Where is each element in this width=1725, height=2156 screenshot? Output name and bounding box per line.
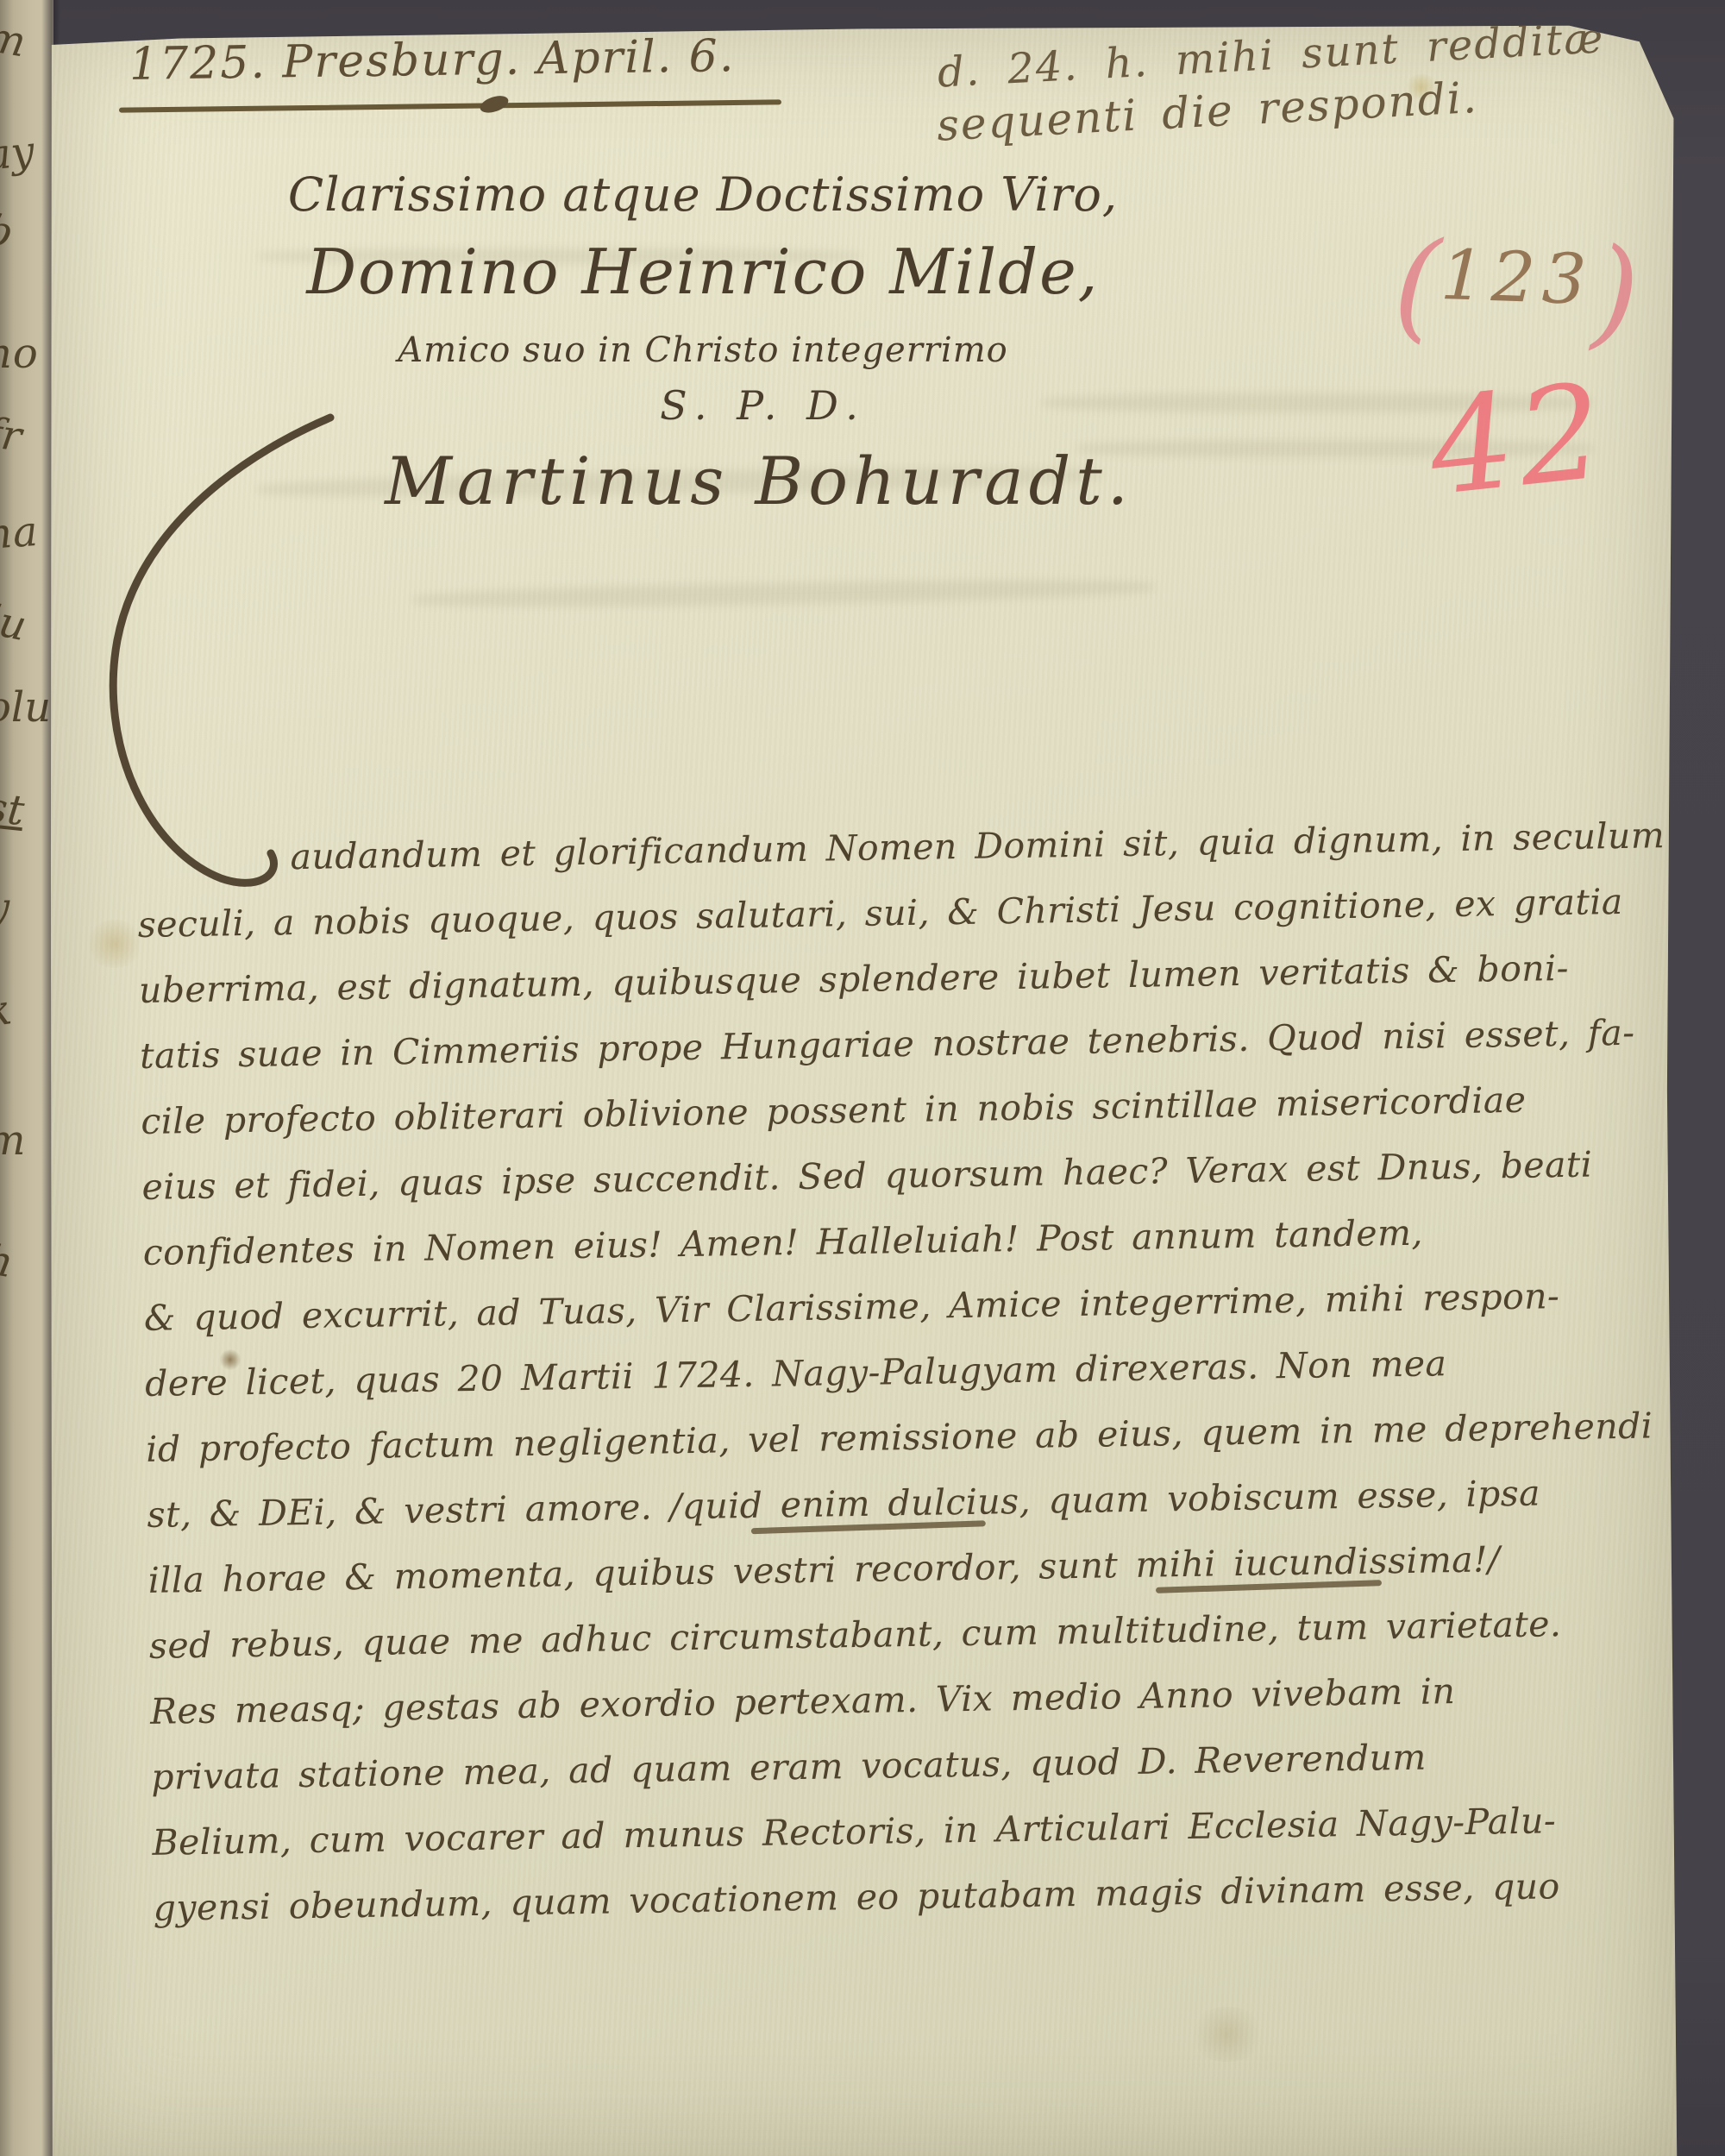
edge-text-fragment: lu [0,595,31,651]
edge-text-fragment: fr [0,408,24,461]
salutation-line2-recipient: Domino Heinrico Milde, [147,236,1259,308]
archive-number: 42 [1424,366,1614,515]
salutation-sender: Martinus Bohuradt. [259,443,1259,519]
date-line: 1725. Presburg. April. 6. [129,30,736,91]
flourish-stroke [113,418,330,883]
paper-stain [1189,2007,1266,2062]
letter-body: audandum et glorificandum Nomen Domini s… [136,802,1715,1941]
edge-text-fragment: ay [0,127,37,180]
edge-text-fragment: m [0,12,29,66]
paper-stain [85,920,145,968]
edge-text-fragment: h [0,1235,17,1288]
folio-number: ( 123 ) [1392,225,1641,353]
salutation-line3: Amico suo in Christo integerrimo [147,330,1259,370]
edge-text-fragment: y [0,883,9,932]
edge-text-fragment: b [0,204,18,258]
folio-digits: 123 [1440,234,1595,319]
edge-text-fragment: k [0,985,15,1037]
salutation-line1: Clarissimo atque Doctissimo Viro, [147,167,1259,222]
salutation-spd: S. P. D. [267,382,1259,429]
edge-text-fragment: ho [0,330,38,378]
edge-text-fragment: ha [0,507,39,559]
edge-text-fragment: m [0,1116,26,1165]
letter-page: 1725. Presburg. April. 6. d. 24. h. mihi… [50,22,1680,2156]
initial-letter: L [154,644,177,683]
edge-text-fragment: st [0,783,27,835]
folio-close-paren: ) [1590,232,1641,353]
folio-open-paren: ( [1392,225,1443,346]
manuscript-scan: m ay b ho fr ha lu olu st y k m h 1725. … [0,0,1725,2156]
